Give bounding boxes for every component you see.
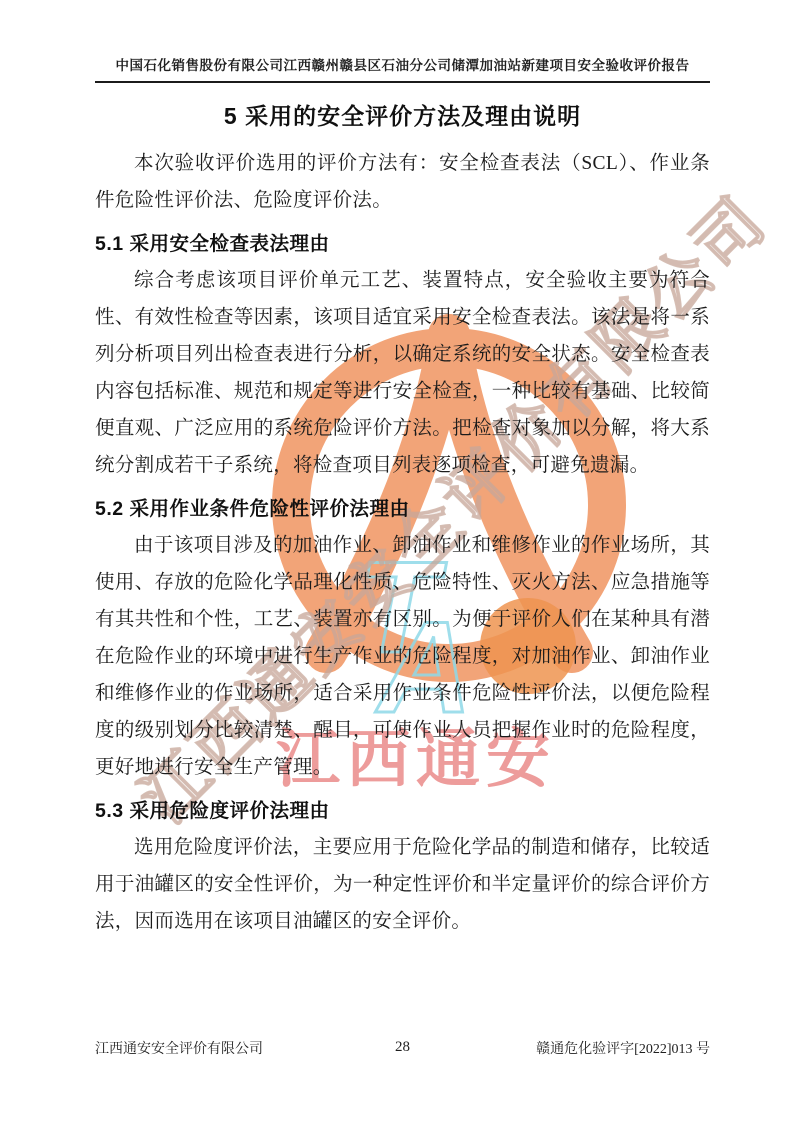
section-body-5-2: 由于该项目涉及的加油作业、卸油作业和维修作业的作业场所，其使用、存放的危险化学品… [95, 527, 710, 786]
intro-paragraph: 本次验收评价选用的评价方法有：安全检查表法（SCL）、作业条件危险性评价法、危险… [95, 145, 710, 219]
section-heading-5-1: 5.1 采用安全检查表法理由 [95, 228, 710, 256]
header-rule [95, 81, 710, 83]
footer-page-number: 28 [395, 1039, 410, 1056]
section-heading-5-3: 5.3 采用危险度评价法理由 [95, 795, 710, 823]
page-header: 中国石化销售股份有限公司江西赣州赣县区石油分公司储潭加油站新建项目安全验收评价报… [95, 0, 710, 74]
footer-doc-number: 赣通危化验评字[2022]013 号 [536, 1038, 710, 1058]
section-body-5-1: 综合考虑该项目评价单元工艺、装置特点，安全验收主要为符合性、有效性检查等因素，该… [95, 262, 710, 484]
chapter-title: 5 采用的安全评价方法及理由说明 [95, 98, 710, 131]
footer-company: 江西通安安全评价有限公司 [95, 1038, 263, 1058]
document-content: 中国石化销售股份有限公司江西赣州赣县区石油分公司储潭加油站新建项目安全验收评价报… [0, 0, 800, 940]
report-page: T A 江西通安安全评价有限公司 江西通安 中国石化销售股份有限公司江西赣州赣县… [0, 0, 800, 1131]
section-body-5-3: 选用危险度评价法，主要应用于危险化学品的制造和储存，比较适用于油罐区的安全性评价… [95, 829, 710, 940]
section-heading-5-2: 5.2 采用作业条件危险性评价法理由 [95, 493, 710, 521]
